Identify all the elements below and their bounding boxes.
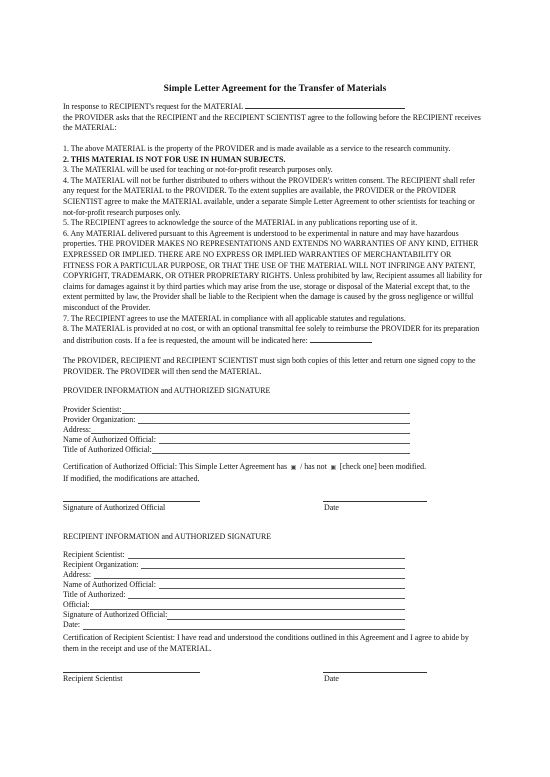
field-line[interactable] <box>83 622 405 630</box>
certification-note: If modified, the modifications are attac… <box>63 474 483 485</box>
provider-signature-line[interactable] <box>63 501 200 502</box>
recipient-signature-field[interactable]: Signature of Authorized Official: <box>63 611 405 621</box>
clause-3: 3. The MATERIAL will be used for teachin… <box>63 165 483 176</box>
provider-date-label: Date <box>324 503 339 512</box>
provider-address-field[interactable]: Address: <box>63 425 410 435</box>
fee-blank[interactable] <box>310 335 372 343</box>
field-label: Recipient Organization: <box>63 560 138 571</box>
field-line[interactable] <box>94 571 405 579</box>
provider-certification: Certification of Authorized Official: Th… <box>63 462 483 484</box>
field-line[interactable] <box>128 551 405 559</box>
material-blank[interactable] <box>245 101 405 109</box>
field-label: Date: <box>63 620 80 631</box>
clause-1: 1. The above MATERIAL is the property of… <box>63 144 483 155</box>
field-line[interactable] <box>159 436 410 444</box>
recipient-date-label: Date <box>324 674 339 683</box>
field-label: Address: <box>63 425 91 436</box>
certification-text: / has not <box>300 462 327 471</box>
clause-2: 2. THIS MATERIAL IS NOT FOR USE IN HUMAN… <box>63 155 483 166</box>
provider-official-name-field[interactable]: Name of Authorized Official: <box>63 435 410 445</box>
certification-text: Certification of Authorized Official: Th… <box>63 462 287 471</box>
checkbox-icon[interactable]: ▣ <box>329 463 338 474</box>
field-label: Provider Scientist: <box>63 405 122 416</box>
field-label: Name of Authorized Official: <box>63 435 156 446</box>
recipient-organization-field[interactable]: Recipient Organization: <box>63 560 405 570</box>
clause-7: 7. The RECIPIENT agrees to use the MATER… <box>63 314 483 325</box>
clause-5: 5. The RECIPIENT agrees to acknowledge t… <box>63 218 483 229</box>
provider-date-line[interactable] <box>323 501 427 502</box>
recipient-fields: Recipient Scientist: Recipient Organizat… <box>63 550 405 631</box>
field-label: Official: <box>63 600 90 611</box>
field-label: Recipient Scientist: <box>63 550 125 561</box>
clauses-list: 1. The above MATERIAL is the property of… <box>63 144 483 346</box>
provider-organization-field[interactable]: Provider Organization: <box>63 415 410 425</box>
clause-8-text: 8. The MATERIAL is provided at no cost, … <box>63 324 479 345</box>
field-label: Provider Organization: <box>63 415 135 426</box>
field-label: Name of Authorized Official: <box>63 580 156 591</box>
field-label: Signature of Authorized Official: <box>63 610 167 621</box>
provider-signature-label: Signature of Authorized Official <box>63 503 165 512</box>
recipient-heading: RECIPIENT INFORMATION and AUTHORIZED SIG… <box>63 532 483 543</box>
field-line[interactable] <box>152 446 410 454</box>
field-line[interactable] <box>122 406 410 414</box>
clause-8: 8. The MATERIAL is provided at no cost, … <box>63 324 483 346</box>
provider-fields: Provider Scientist: Provider Organizatio… <box>63 405 410 455</box>
field-line[interactable] <box>90 602 405 610</box>
intro-text: In response to RECIPIENT's request for t… <box>63 102 243 111</box>
field-label: Address: <box>63 570 91 581</box>
recipient-date-field[interactable]: Date: <box>63 621 405 631</box>
intro-text-rest: the PROVIDER asks that the RECIPIENT and… <box>63 113 483 134</box>
recipient-official-field[interactable]: Official: <box>63 600 405 610</box>
provider-heading: PROVIDER INFORMATION and AUTHORIZED SIGN… <box>63 386 483 397</box>
recipient-signature-line[interactable] <box>63 672 200 673</box>
certification-text: [check one] been modified. <box>340 462 426 471</box>
recipient-address-field[interactable]: Address: <box>63 570 405 580</box>
checkbox-icon[interactable]: ▣ <box>289 463 298 474</box>
recipient-scientist-field[interactable]: Recipient Scientist: <box>63 550 405 560</box>
recipient-title-field[interactable]: Title of Authorized: <box>63 590 405 600</box>
recipient-signature-label: Recipient Scientist <box>63 674 122 683</box>
document-page: Simple Letter Agreement for the Transfer… <box>0 0 550 777</box>
field-label: Title of Authorized Official: <box>63 445 152 456</box>
field-line[interactable] <box>138 416 410 424</box>
field-line[interactable] <box>128 591 405 599</box>
field-line[interactable] <box>141 561 405 569</box>
field-line[interactable] <box>159 581 405 589</box>
clause-6: 6. Any MATERIAL delivered pursuant to th… <box>63 229 483 314</box>
field-line[interactable] <box>167 612 405 620</box>
sign-instructions: The PROVIDER, RECIPIENT and RECIPIENT SC… <box>63 356 483 377</box>
provider-official-title-field[interactable]: Title of Authorized Official: <box>63 445 410 455</box>
document-title: Simple Letter Agreement for the Transfer… <box>0 84 550 94</box>
clause-4: 4. The MATERIAL will not be further dist… <box>63 176 483 218</box>
field-line[interactable] <box>91 426 410 434</box>
provider-scientist-field[interactable]: Provider Scientist: <box>63 405 410 415</box>
field-label: Title of Authorized: <box>63 590 125 601</box>
intro-paragraph: In response to RECIPIENT's request for t… <box>63 101 483 134</box>
recipient-certification: Certification of Recipient Scientist: I … <box>63 633 483 654</box>
recipient-date-line[interactable] <box>323 672 427 673</box>
recipient-official-name-field[interactable]: Name of Authorized Official: <box>63 580 405 590</box>
